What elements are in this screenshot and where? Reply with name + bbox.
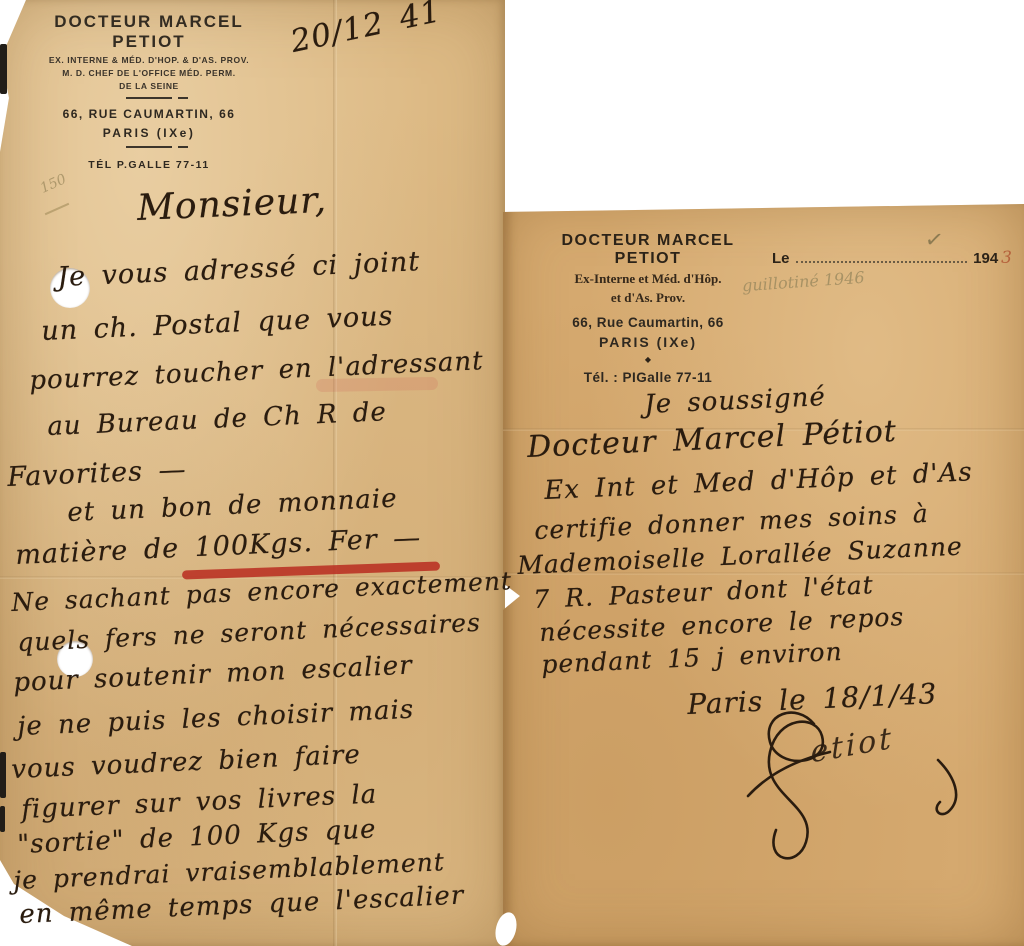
scan-edge-mark bbox=[0, 752, 6, 798]
scan-edge-mark bbox=[0, 44, 7, 94]
handwritten-line: Monsieur, bbox=[136, 180, 328, 229]
street-address: 66, Rue Caumartin, 66 bbox=[534, 315, 762, 330]
diamond-ornament-icon: ◆ bbox=[534, 355, 762, 364]
letterhead-subtitle: et d'As. Prov. bbox=[534, 290, 762, 306]
printed-date-line: Le 194 3 bbox=[772, 248, 1012, 268]
handwritten-year-digit: 3 bbox=[1001, 248, 1012, 268]
doctor-name: DOCTEUR MARCEL PETIOT bbox=[534, 232, 762, 268]
phone-line: Tél. : PIGalle 77-11 bbox=[534, 370, 762, 385]
scan-edge-mark bbox=[0, 806, 5, 832]
pencil-checkmark: ✓ bbox=[923, 227, 945, 254]
date-prefix: Le bbox=[772, 250, 790, 267]
city-line: PARIS (IXe) bbox=[534, 334, 762, 350]
printed-year: 194 bbox=[973, 250, 998, 267]
scanned-letters-scene: DOCTEUR MARCEL PETIOT EX. INTERNE & MÉD.… bbox=[0, 0, 1024, 946]
phone-line: TÉL P.GALLE 77-11 bbox=[18, 159, 280, 171]
divider-rule bbox=[126, 97, 172, 99]
right-letterhead: DOCTEUR MARCEL PETIOT Ex-Interne et Méd.… bbox=[534, 232, 762, 385]
letterhead-subtitle: Ex-Interne et Méd. d'Hôp. bbox=[534, 271, 762, 287]
letterhead-subtitle: M. D. CHEF DE L'OFFICE MÉD. PERM. bbox=[18, 68, 280, 78]
divider-rule bbox=[126, 146, 172, 148]
letterhead-subtitle: EX. INTERNE & MÉD. D'HOP. & D'AS. PROV. bbox=[18, 55, 280, 65]
street-address: 66, RUE CAUMARTIN, 66 bbox=[18, 107, 280, 121]
signature-block: etiot bbox=[718, 700, 988, 890]
letterhead-subtitle: DE LA SEINE bbox=[18, 81, 280, 91]
doctor-name: DOCTEUR MARCEL PETIOT bbox=[18, 12, 280, 52]
city-line: PARIS (IXe) bbox=[18, 126, 280, 140]
left-letterhead: DOCTEUR MARCEL PETIOT EX. INTERNE & MÉD.… bbox=[18, 12, 280, 171]
